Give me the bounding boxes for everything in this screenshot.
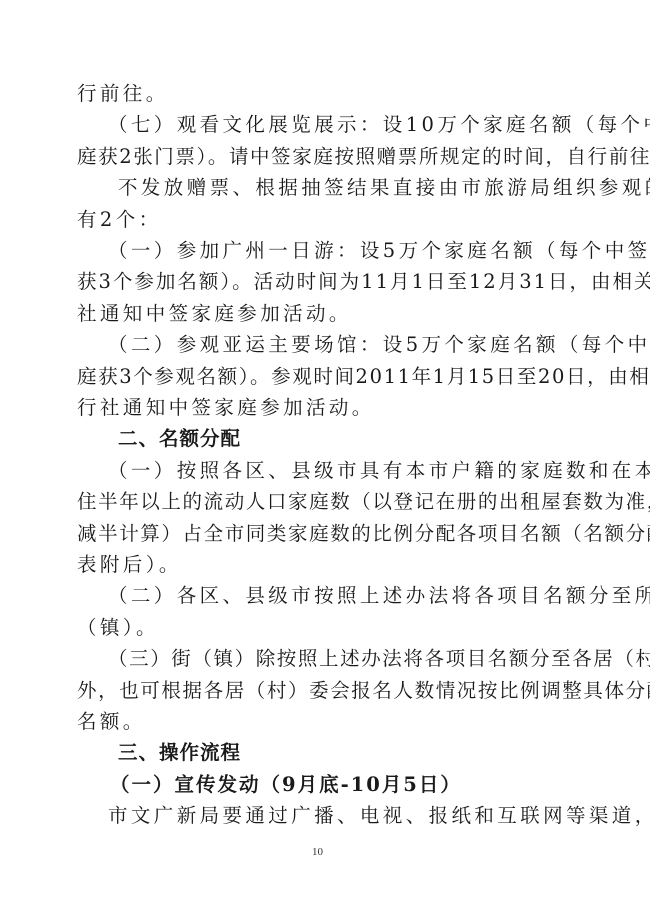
- paragraph-line: 行社通知中签家庭参加活动。: [77, 396, 597, 420]
- paragraph-line: 市文广新局要通过广播、电视、报纸和互联网等渠道，面向: [108, 804, 628, 828]
- paragraph-line: （二）参观亚运主要场馆：设5万个家庭名额（每个中签家: [108, 333, 628, 357]
- paragraph-line: 庭获2张门票）。请中签家庭按照赠票所规定的时间，自行前往。: [77, 145, 597, 169]
- paragraph-line: （三）街（镇）除按照上述办法将各项目名额分至各居（村）: [108, 647, 628, 671]
- paragraph-line: 行前往。: [77, 82, 597, 106]
- section-heading: 二、名额分配: [118, 427, 638, 451]
- paragraph-line: （一）参加广州一日游：设5万个家庭名额（每个中签家庭: [108, 239, 628, 263]
- paragraph-line: （七）观看文化展览展示：设10万个家庭名额（每个中签家: [108, 113, 628, 137]
- paragraph-line: （一）按照各区、县级市具有本市户籍的家庭数和在本市居: [108, 459, 628, 483]
- paragraph-line: 庭获3个参观名额）。参观时间2011年1月15日至20日，由相关旅: [77, 365, 597, 389]
- paragraph-line: （二）各区、县级市按照上述办法将各项目名额分至所辖街: [108, 584, 628, 608]
- paragraph-line: （镇）。: [77, 616, 597, 640]
- paragraph-line: 社通知中签家庭参加活动。: [77, 302, 597, 326]
- subsection-heading: （一）宣传发动（9月底-10月5日）: [110, 773, 630, 797]
- document-page: 行前往。 （七）观看文化展览展示：设10万个家庭名额（每个中签家 庭获2张门票）…: [0, 0, 650, 913]
- paragraph-line: 减半计算）占全市同类家庭数的比例分配各项目名额（名额分配: [77, 522, 597, 546]
- paragraph-line: 不发放赠票、根据抽签结果直接由市旅游局组织参观的项目: [118, 176, 638, 200]
- paragraph-line: 表附后）。: [77, 553, 597, 577]
- paragraph-line: 有2个：: [77, 208, 597, 232]
- paragraph-line: 外，也可根据各居（村）委会报名人数情况按比例调整具体分配: [77, 679, 597, 703]
- page-number: 10: [312, 846, 323, 858]
- paragraph-line: 获3个参加名额）。活动时间为11月1日至12月31日，由相关旅行: [77, 270, 597, 294]
- section-heading: 三、操作流程: [118, 741, 638, 765]
- paragraph-line: 住半年以上的流动人口家庭数（以登记在册的出租屋套数为准，: [77, 490, 597, 514]
- paragraph-line: 名额。: [77, 710, 597, 734]
